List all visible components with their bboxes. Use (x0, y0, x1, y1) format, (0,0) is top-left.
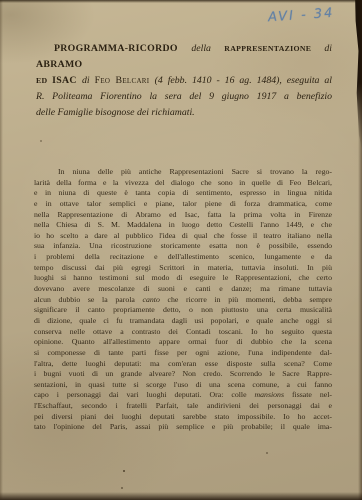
text-line: luoghi si hanno testimoni sul modo di es… (34, 273, 332, 284)
text-line: sua infanzia. Una ricostruzione storicam… (34, 241, 332, 252)
text-line: PROGRAMMA-RICORDO della RAPPRESENTAZIONE… (36, 41, 332, 73)
text-line: e in ottave talor semplici e piane, talo… (34, 199, 332, 210)
essay-paragraph: In niuna delle più antiche Rappresentazi… (34, 167, 332, 433)
text-line: tato l'opinione del Paris, assai più sem… (34, 422, 332, 433)
text-line: conserva nelle ottave a contrasto dei Co… (34, 327, 332, 338)
text-line: pei diversi piani dei luoghi deputati sa… (34, 412, 332, 423)
text-line: nella Rappresentazione di Abramo ed Isac… (34, 210, 332, 221)
text-line: tempo discussi dai più egregi Scrittori … (34, 263, 332, 274)
handwritten-catalog-number: AVI - 34 (267, 6, 334, 26)
text-line: i bugni vuoti di un grande alveare? Non … (34, 369, 332, 380)
text-line: e in niuna di queste è tanta copia di se… (34, 188, 332, 199)
text-line: l'Eschaffaut, secondo i fratelli Parfait… (34, 401, 332, 412)
text-line: l'altra, dette luoghi deputati: ma com'e… (34, 359, 332, 370)
top-edge-shadow (0, 0, 362, 3)
text-line: In niuna delle più antiche Rappresentazi… (34, 167, 332, 178)
text-line: R. Politeama Fiorentino la sera del 9 gi… (36, 89, 332, 105)
text-line: alcun dubbio se la parola canto che rico… (34, 295, 332, 306)
text-line: sentazioni, in quasi tutte si scorge l'u… (34, 380, 332, 391)
text-line: nella Chiesa di S. M. Maddalena in luogo… (34, 220, 332, 231)
text-line: i problemi della recitazione e dell'alle… (34, 252, 332, 263)
left-edge-shadow (0, 0, 3, 500)
bottom-edge-shadow (0, 492, 362, 500)
right-edge-shadow (358, 0, 362, 500)
scanned-program-page: AVI - 34 PROGRAMMA-RICORDO della RAPPRES… (0, 0, 362, 500)
text-line: si componesse di tante parti fisse per o… (34, 348, 332, 359)
text-line: larità della forma e la vivezza del dial… (34, 178, 332, 189)
text-line: opinione. Quanto all'allestimento appare… (34, 337, 332, 348)
program-header: PROGRAMMA-RICORDO della RAPPRESENTAZIONE… (36, 41, 332, 121)
text-line: capo i personaggi dai vari luoghi deputa… (34, 390, 332, 401)
text-line: ED ISAC di Feo Belcari (4 febb. 1410 - 1… (36, 73, 332, 89)
text-line: delle Famiglie bisognose dei richiamati. (36, 105, 332, 121)
text-line: di dizione, quale ci fu tramandata dagli… (34, 316, 332, 327)
text-line: significare il canto propriamente detto,… (34, 305, 332, 316)
text-line: dovevano avere mescolanze di suoni e can… (34, 284, 332, 295)
text-line: io ho scelto a dare al pubblico l'idea d… (34, 231, 332, 242)
